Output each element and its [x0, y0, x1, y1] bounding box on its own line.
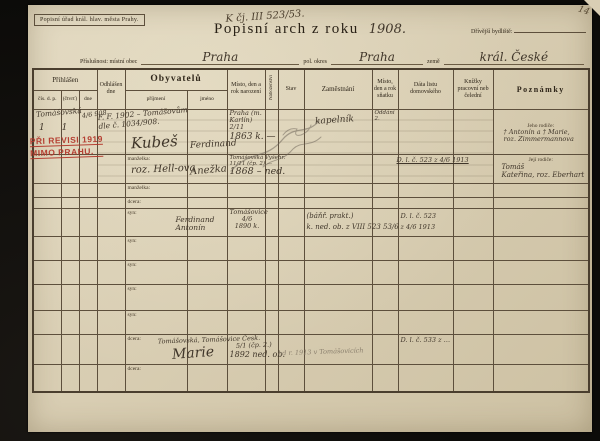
table-cell: [278, 197, 304, 208]
handwriting-entry: D. l. č. 523 z 4/6 1913: [395, 157, 453, 164]
table-cell: [187, 236, 227, 260]
table-cell: Anežka: [187, 154, 227, 183]
table-cell: [398, 109, 453, 154]
year-handwritten: 1908.: [369, 22, 406, 37]
table-cell: [79, 183, 97, 197]
table-cell: [453, 260, 493, 284]
district-handwritten: Praha: [359, 51, 395, 65]
handwriting-entry: Tomášovská: [34, 108, 61, 119]
table-cell: [33, 310, 61, 334]
table-cell: [304, 236, 372, 260]
table-cell: [97, 334, 125, 364]
district-blank: Praha: [331, 51, 423, 65]
municipality-blank: Praha: [141, 51, 299, 65]
col-header-zamestnani: Zaměstnání: [304, 69, 372, 109]
table-cell: [265, 197, 278, 208]
table-row: syn:: [33, 284, 589, 310]
col-header-narozeni: Místo, den a rok narození: [227, 69, 265, 109]
table-cell: [265, 260, 278, 284]
table-cell: [453, 310, 493, 334]
handwriting-entry: z 4/6 1913: [399, 224, 453, 231]
kinship-label: dcera:: [128, 336, 141, 342]
table-row: dcera:: [33, 197, 589, 208]
table-cell: [398, 364, 453, 392]
land-handwritten: král. České: [480, 51, 548, 65]
table-cell: [372, 208, 398, 236]
handwriting-entry: k. ned. ob. z VIII 523 53/6: [305, 223, 372, 231]
table-cell: [453, 284, 493, 310]
table-cell: [97, 197, 125, 208]
affiliation-label: Příslušnost: místní obec: [80, 59, 137, 65]
table-cell: [97, 236, 125, 260]
residence-blank-line: [514, 26, 586, 33]
pencil-scribble: [223, 109, 373, 181]
table-cell: [453, 364, 493, 392]
table-cell: [304, 284, 372, 310]
table-cell: [61, 260, 79, 284]
handwriting-entry: Ferdinand: [187, 139, 227, 151]
table-cell: [97, 183, 125, 197]
kinship-label: syn:: [128, 312, 137, 318]
col-header-stav: Stav: [278, 69, 304, 109]
table-cell: Jeho rodiče:† Antonín a † Marie,roz. Zim…: [493, 109, 589, 154]
handwriting-entry: 1890 k.: [228, 223, 265, 230]
handwriting-entry: Antonín: [174, 224, 227, 233]
stamp-line-2: MIMO PRAHU.: [30, 146, 104, 160]
table-cell: [453, 197, 493, 208]
table-cell: [61, 197, 79, 208]
table-cell: [278, 208, 304, 236]
table-cell: [33, 236, 61, 260]
revision-stamp: PŘI REVISI 1919 MIMO PRAHU.: [30, 134, 104, 161]
table-cell: manželka:roz. Hell-ova: [125, 154, 187, 183]
table-row: syn:: [33, 260, 589, 284]
col-header-dne: dne: [79, 90, 97, 109]
table-cell: [187, 310, 227, 334]
table-cell: dcera:: [125, 197, 187, 208]
table-cell: D. l. č. 523 z 4/6 1913: [398, 154, 453, 183]
col-header-data-listu: Dáta listu domovského: [398, 69, 453, 109]
table-cell: [304, 260, 372, 284]
table-cell: [265, 236, 278, 260]
table-cell: [79, 334, 97, 364]
table-cell: [493, 197, 589, 208]
table-cell: [372, 236, 398, 260]
table-row: manželka:: [33, 183, 589, 197]
kinship-label: syn:: [128, 262, 137, 268]
previous-residence: Dřívější bydliště:: [471, 26, 586, 35]
table-cell: [278, 284, 304, 310]
table-row: syn:: [33, 310, 589, 334]
census-sheet-paper: Popisní úřad král. hlav. města Prahy. K …: [28, 5, 592, 432]
kinship-label: manželka:: [128, 185, 151, 191]
table-cell: FerdinandAntonín: [187, 208, 227, 236]
table-cell: syn:: [125, 310, 187, 334]
table-cell: [265, 310, 278, 334]
table-row: syn:FerdinandAntonínTomášovice4/61890 k.…: [33, 208, 589, 236]
col-header-prihlasen: Přihlášen: [33, 69, 97, 90]
table-cell: [97, 260, 125, 284]
table-row: syn:: [33, 236, 589, 260]
previous-residence-label: Dřívější bydliště:: [471, 29, 513, 35]
land-label: země: [427, 59, 440, 65]
table-cell: [453, 154, 493, 183]
table-cell: [372, 260, 398, 284]
table-cell: [33, 364, 61, 392]
table-cell: [97, 284, 125, 310]
table-cell: [304, 183, 372, 197]
table-cell: [187, 260, 227, 284]
table-cell: dcera:: [125, 364, 187, 392]
handwriting-entry: 4/6 908: [79, 110, 97, 120]
table-cell: [33, 260, 61, 284]
table-cell: [493, 183, 589, 197]
table-cell: [227, 364, 265, 392]
kinship-label: dcera:: [128, 199, 141, 205]
handwriting-entry: Kubeš: [128, 133, 187, 153]
table-cell: [79, 284, 97, 310]
handwriting-entry: Tomáš: [500, 163, 589, 171]
handwriting-entry: roz. Zimmermannova: [502, 136, 589, 143]
col-header-snatek: Místo, den a rok sňatku: [372, 69, 398, 109]
table-cell: D. l. č. 523z 4/6 1913: [398, 208, 453, 236]
table-cell: [265, 284, 278, 310]
table-cell: [79, 197, 97, 208]
handwriting-entry: 1 1: [37, 123, 61, 133]
col-header-odhlasen: Odhlášen dne: [97, 69, 125, 109]
affiliation-line: Příslušnost: místní obec Praha pol. okre…: [80, 51, 584, 65]
table-cell: [61, 284, 79, 310]
table-cell: [398, 236, 453, 260]
table-cell: [453, 208, 493, 236]
table-cell: syn:: [125, 236, 187, 260]
col-header-obyvatelu: Obyvatelů: [125, 69, 227, 90]
table-cell: [398, 284, 453, 310]
table-cell: [278, 310, 304, 334]
col-header-cis-dp: čís. d. p.: [33, 90, 61, 109]
table-cell: [278, 364, 304, 392]
table-cell: [33, 197, 61, 208]
header-row-groups: Přihlášen Odhlášen dne Obyvatelů Místo, …: [33, 69, 589, 90]
table-cell: [61, 364, 79, 392]
table-cell: [79, 310, 97, 334]
col-header-nabozenstvi: Náboženství: [265, 69, 278, 109]
handwriting-entry: 2.: [373, 116, 398, 122]
table-cell: [493, 310, 589, 334]
table-cell: [493, 236, 589, 260]
table-cell: [453, 183, 493, 197]
table-cell: [304, 197, 372, 208]
table-cell: [398, 183, 453, 197]
table-cell: [187, 284, 227, 310]
table-cell: [33, 208, 61, 236]
table-cell: (báňř. prakt.)k. ned. ob. z VIII 523 53/…: [304, 208, 372, 236]
table-cell: [372, 364, 398, 392]
district-label: pol. okres: [303, 59, 327, 65]
table-cell: [278, 236, 304, 260]
table-cell: [227, 197, 265, 208]
table-cell: [453, 334, 493, 364]
table-cell: Ferdinand: [187, 109, 227, 154]
table-cell: [79, 208, 97, 236]
table-cell: [33, 334, 61, 364]
table-cell: [97, 154, 125, 183]
table-cell: Tomášovice4/61890 k.: [227, 208, 265, 236]
table-cell: [493, 260, 589, 284]
table-cell: [33, 284, 61, 310]
kinship-label: syn:: [128, 210, 137, 216]
table-cell: [278, 260, 304, 284]
table-cell: [61, 208, 79, 236]
table-cell: Oddáni2.: [372, 109, 398, 154]
table-cell: [61, 310, 79, 334]
table-cell: [398, 260, 453, 284]
table-cell: [33, 183, 61, 197]
handwriting-entry: Anežka: [187, 163, 227, 178]
col-header-poznamky: Poznámky: [493, 69, 589, 109]
table-cell: [493, 284, 589, 310]
table-cell: [79, 260, 97, 284]
kinship-label: dcera:: [128, 366, 141, 372]
kinship-label: syn:: [128, 238, 137, 244]
table-cell: [227, 284, 265, 310]
table-cell: [372, 284, 398, 310]
handwriting-entry: (báňř. prakt.): [305, 212, 372, 220]
table-cell: [304, 364, 372, 392]
kinship-label: syn:: [128, 286, 137, 292]
table-cell: [453, 236, 493, 260]
table-cell: [493, 364, 589, 392]
land-blank: král. České: [444, 51, 584, 65]
table-cell: [97, 364, 125, 392]
table-cell: [372, 197, 398, 208]
table-row: dcera:: [33, 364, 589, 392]
table-cell: [265, 364, 278, 392]
handwriting-entry: Oddáni: [373, 110, 398, 116]
page-corner-fold: [584, 0, 600, 16]
table-cell: [187, 197, 227, 208]
table-cell: [493, 334, 589, 364]
table-cell: [61, 334, 79, 364]
nabozenstvi-vertical-label: Náboženství: [269, 75, 274, 100]
table-cell: [398, 197, 453, 208]
kinship-label: manželka:: [128, 156, 151, 162]
table-cell: [265, 183, 278, 197]
table-cell: [227, 310, 265, 334]
col-header-knizky: Knížky pracovní neb čelední: [453, 69, 493, 109]
table-cell: [453, 109, 493, 154]
table-cell: [79, 236, 97, 260]
table-cell: [278, 183, 304, 197]
handwriting-entry: roz. Hell-ova: [128, 162, 186, 176]
table-cell: [97, 310, 125, 334]
handwriting-entry: Kateřina, roz. Eberhart: [500, 171, 589, 179]
handwriting-entry: D. l. č. 523: [399, 213, 453, 220]
table-cell: [372, 183, 398, 197]
census-table-head: Přihlášen Odhlášen dne Obyvatelů Místo, …: [33, 69, 589, 109]
table-cell: syn:: [125, 260, 187, 284]
table-cell: Její rodiče:TomášKateřina, roz. Eberhart: [493, 154, 589, 183]
table-cell: [79, 364, 97, 392]
table-cell: manželka:: [125, 183, 187, 197]
table-cell: [227, 260, 265, 284]
table-cell: [227, 183, 265, 197]
table-cell: [493, 208, 589, 236]
table-cell: syn:: [125, 284, 187, 310]
col-header-jmeno: jméno: [187, 90, 227, 109]
table-cell: [61, 236, 79, 260]
table-cell: [187, 364, 227, 392]
table-cell: [61, 183, 79, 197]
table-cell: [265, 208, 278, 236]
table-cell: [97, 208, 125, 236]
municipality-handwritten: Praha: [202, 51, 238, 65]
table-cell: [187, 183, 227, 197]
table-cell: [227, 236, 265, 260]
